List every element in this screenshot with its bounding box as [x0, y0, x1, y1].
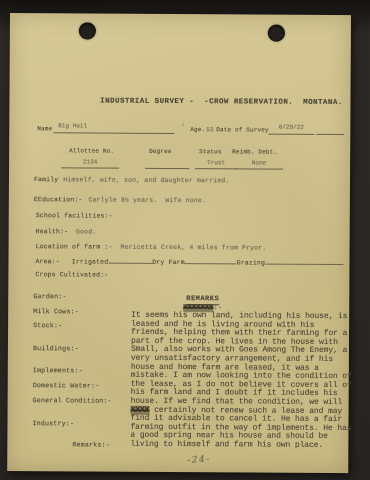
school-facilities-label: School facilities:- — [36, 212, 113, 219]
name-label: Name — [37, 125, 52, 132]
date-trailing-underline — [316, 120, 344, 135]
family-label: Family — [34, 176, 58, 183]
garden-label: Garden:- — [33, 293, 66, 301]
health-row: Health:-Good. — [36, 228, 97, 235]
survey-date-value: 6/29/22 — [268, 120, 314, 135]
remarks-text-part2: certainly not renew such a lease and may… — [130, 405, 351, 449]
punch-hole-right — [268, 25, 285, 42]
name-value: Big Hail — [53, 118, 174, 134]
education-label: EEducation:- — [34, 196, 83, 203]
industry-label: Industry:- — [32, 420, 74, 428]
page-number: -24- — [187, 454, 211, 465]
remarks-body: It seems his own land, including his hou… — [130, 312, 353, 451]
grazing-underline — [265, 257, 343, 265]
age-label: Age. — [190, 126, 205, 133]
family-value: Himself, wife, son, and daughter married… — [63, 176, 229, 184]
photo-background: INDUSTRIAL SURVEY - -CROW RESERVATION. M… — [0, 0, 370, 480]
document-title: INDUSTRIAL SURVEY - -CROW RESERVATION. M… — [81, 97, 361, 107]
irrigated-underline — [108, 256, 152, 264]
farm-location-row: Location of farm :-Mericetta Creek, 4 mi… — [36, 243, 267, 251]
implements-label: Implements:- — [33, 367, 83, 375]
stock-label: Stock:- — [33, 322, 62, 330]
domestic-water-label: Domestic Water:- — [33, 382, 100, 390]
milk-cows-label: Milk Cows:- — [33, 308, 79, 316]
education-row: EEducation:-Carlyle 8½ years. Wife none. — [34, 196, 206, 204]
allottee-no-value: 2134 — [61, 154, 119, 168]
stray-mark: ' — [181, 123, 185, 130]
grazing-label: Grazing — [237, 259, 265, 266]
family-row: FamilyHimself, wife, son, and daughter m… — [34, 176, 229, 184]
remarks-text-part1: It seems his own land, including his hou… — [131, 311, 352, 407]
general-condition-label: General Condition:- — [33, 397, 112, 405]
area-label: Area:- — [35, 258, 59, 265]
document-page: INDUSTRIAL SURVEY - -CROW RESERVATION. M… — [7, 13, 351, 473]
dry-farm-underline — [185, 256, 237, 264]
buildings-label: Buildings:- — [33, 345, 79, 353]
degree-value — [145, 155, 189, 169]
farm-location-value: Mericetta Creek, 4 miles from Pryor. — [121, 244, 267, 252]
health-value: Good. — [76, 228, 96, 235]
area-row: Area:-IrrigatedDry FarmGrazing — [35, 255, 343, 267]
survey-date-label: Date of Survey — [216, 126, 269, 133]
status-value: Trust — [195, 155, 237, 169]
education-value: Carlyle 8½ years. Wife none. — [88, 196, 206, 204]
health-label: Health:- — [36, 228, 68, 235]
crops-row: Crops Cultivated:- — [35, 271, 108, 278]
school-facilities-row: School facilities:- — [36, 212, 113, 219]
punch-hole-left — [79, 22, 96, 39]
irrigated-label: Irrigated — [72, 258, 109, 265]
age-value: 53 — [206, 126, 214, 133]
farm-location-label: Location of farm :- — [36, 243, 113, 250]
crops-label: Crops Cultivated:- — [35, 271, 108, 278]
reimb-debt-value: None — [235, 155, 283, 169]
remarks-field-label: Remarks:- — [72, 441, 110, 449]
dry-farm-label: Dry Farm — [152, 259, 184, 266]
